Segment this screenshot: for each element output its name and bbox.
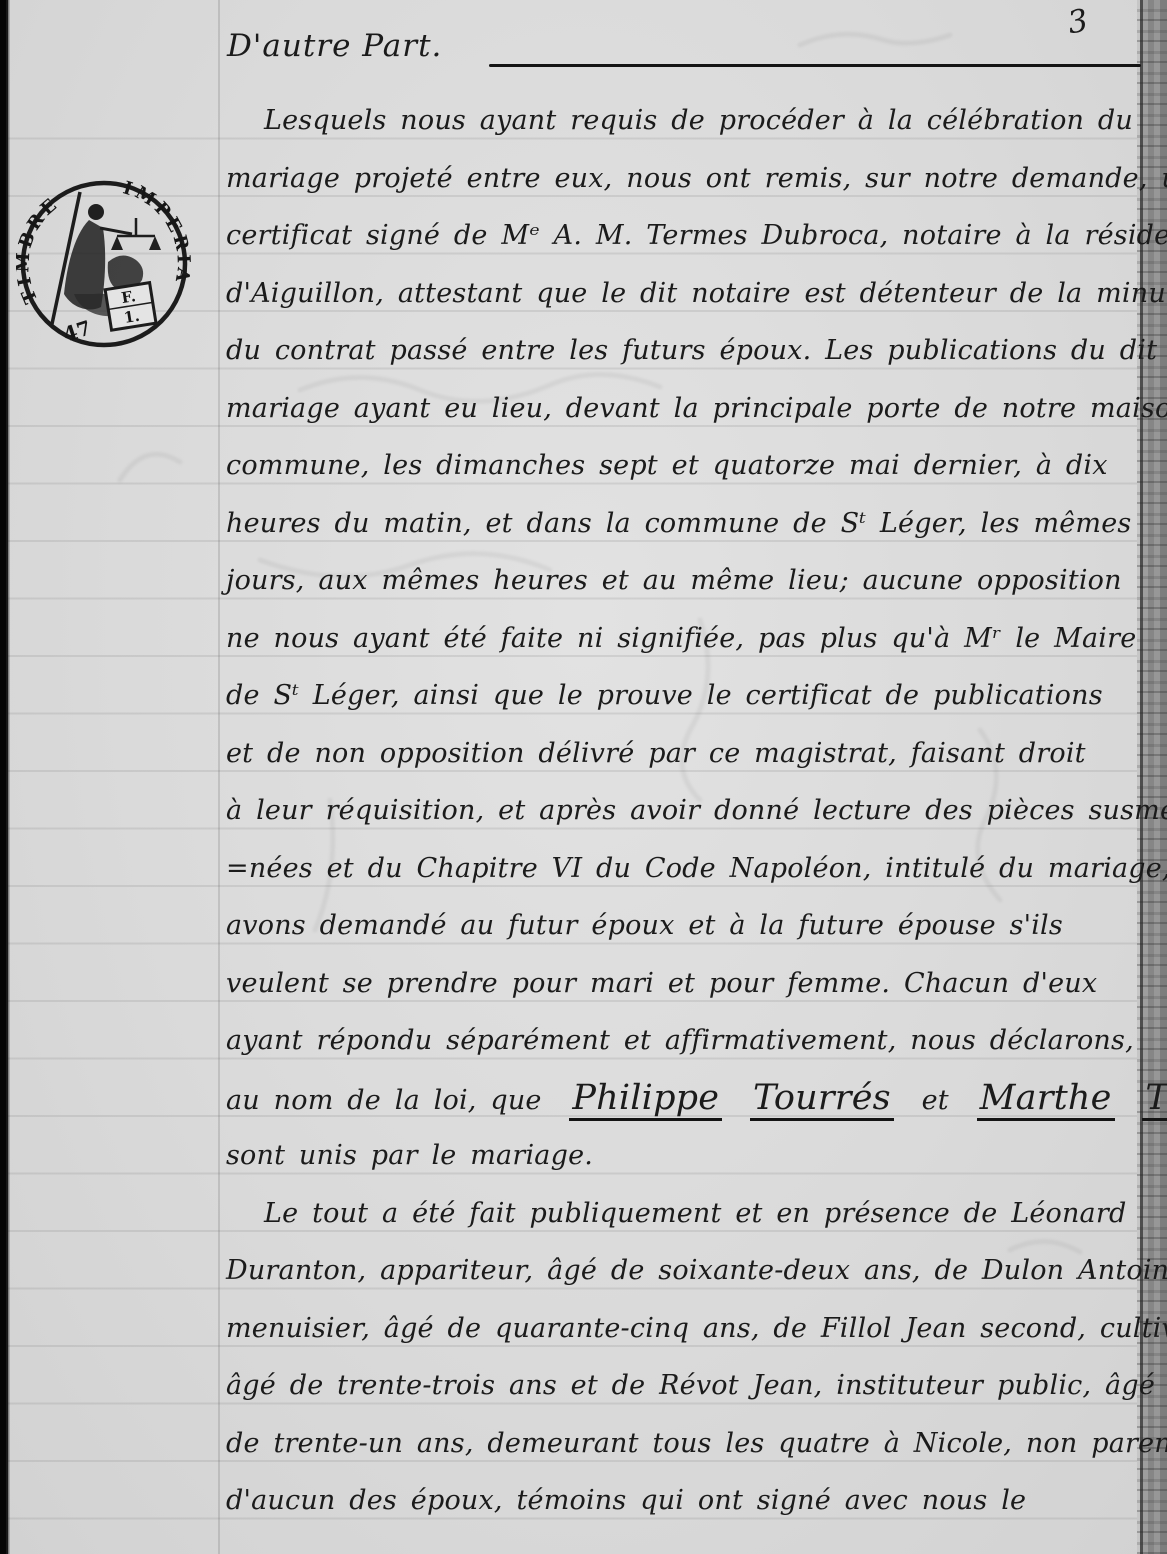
union-statement-line: sont unis par le mariage. — [226, 1127, 1140, 1185]
manuscript-line: jours, aux mêmes heures et au même lieu;… — [226, 552, 1140, 610]
manuscript-line: d'aucun des époux, témoins qui ont signé… — [226, 1472, 1140, 1530]
manuscript-line: commune, les dimanches sept et quatorze … — [226, 437, 1140, 495]
heading-fill-rule — [489, 64, 1141, 67]
manuscript-line: ayant répondu séparément et affirmativem… — [226, 1012, 1140, 1070]
manuscript-body: Lesquels nous ayant requis de procéder à… — [226, 92, 1140, 1530]
manuscript-line: =nées et du Chapitre VI du Code Napoléon… — [226, 840, 1140, 898]
manuscript-line: certificat signé de Mᵉ A. M. Termes Dubr… — [226, 207, 1140, 265]
manuscript-line: Duranton, appariteur, âgé de soixante-de… — [226, 1242, 1140, 1300]
manuscript-line: de Sᵗ Léger, ainsi que le prouve le cert… — [226, 667, 1140, 725]
manuscript-line: Lesquels nous ayant requis de procéder à… — [226, 92, 1140, 150]
manuscript-line: à leur réquisition, et après avoir donné… — [226, 782, 1140, 840]
stamp-arc-left-label: TIMBRE — [16, 193, 63, 307]
svg-text:TIMBRE: TIMBRE — [16, 193, 63, 307]
manuscript-line: Le tout a été fait publiquement et en pr… — [226, 1185, 1140, 1243]
scan-left-edge — [0, 0, 11, 1554]
groom-first-name: Philippe — [569, 1078, 722, 1121]
groom-last-name: Tourrés — [750, 1078, 894, 1121]
margin-rule — [218, 0, 220, 1554]
declaration-line: au nom de la loi, que Philippe Tourrés e… — [226, 1070, 1140, 1128]
manuscript-line: de trente-un ans, demeurant tous les qua… — [226, 1415, 1140, 1473]
value-shield: F. 1. — [105, 283, 156, 331]
declaration-conjunction: et — [922, 1085, 949, 1116]
manuscript-line: avons demandé au futur époux et à la fut… — [226, 897, 1140, 955]
manuscript-line: menuisier, âgé de quarante-cinq ans, de … — [226, 1300, 1140, 1358]
manuscript-line: mariage ayant eu lieu, devant la princip… — [226, 380, 1140, 438]
shield-bottom-label: 1. — [123, 307, 141, 327]
register-page: 3 D'autre Part. TIMBRE IMPERIAL. 47 — [0, 0, 1167, 1554]
manuscript-line: ne nous ayant été faite ni signifiée, pa… — [226, 610, 1140, 668]
timbre-imperial-stamp: TIMBRE IMPERIAL. 47 — [16, 176, 192, 352]
manuscript-line: d'Aiguillon, attestant que le dit notair… — [226, 265, 1140, 323]
page-number: 3 — [1065, 3, 1091, 42]
shield-top-label: F. — [120, 287, 137, 307]
manuscript-line: du contrat passé entre les futurs époux.… — [226, 322, 1140, 380]
manuscript-line: âgé de trente-trois ans et de Révot Jean… — [226, 1357, 1140, 1415]
declaration-prefix: au nom de la loi, que — [226, 1085, 542, 1116]
manuscript-line: heures du matin, et dans la commune de S… — [226, 495, 1140, 553]
bride-last-name: Talenton — [1142, 1078, 1167, 1121]
manuscript-line: et de non opposition délivré par ce magi… — [226, 725, 1140, 783]
manuscript-line: veulent se prendre pour mari et pour fem… — [226, 955, 1140, 1013]
bride-first-name: Marthe — [977, 1078, 1115, 1121]
section-heading: D'autre Part. — [227, 28, 442, 64]
manuscript-line: mariage projeté entre eux, nous ont remi… — [226, 150, 1140, 208]
